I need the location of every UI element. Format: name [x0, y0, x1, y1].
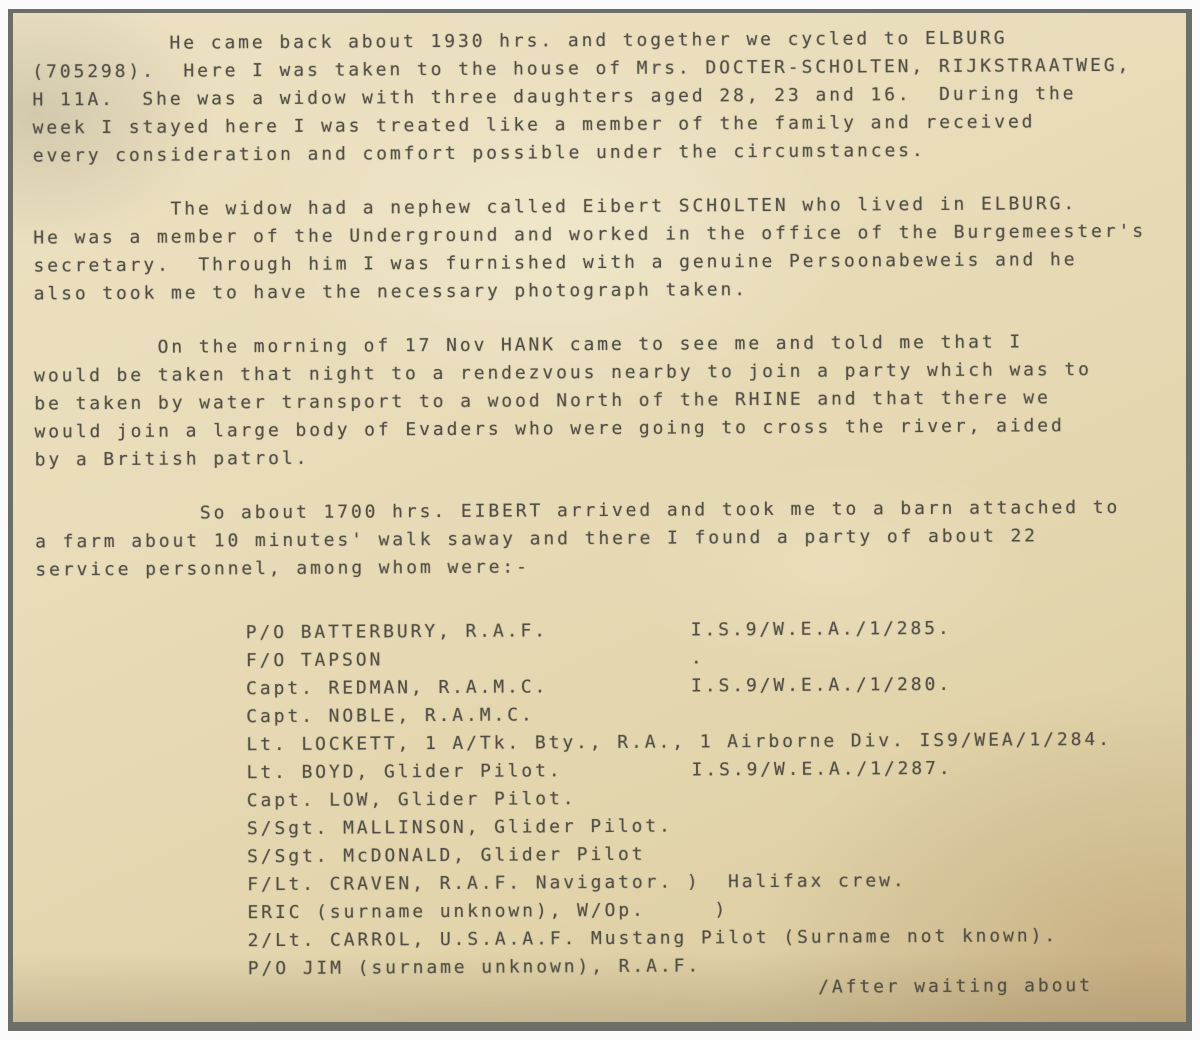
paragraph: So about 1700 hrs. EIBERT arrived and to… [35, 494, 1178, 585]
paragraph: He came back about 1930 hrs. and togethe… [32, 24, 1176, 171]
roster-name: S/Sgt. McDONALD, Glider Pilot [247, 840, 692, 871]
typed-text-block: He came back about 1930 hrs. and togethe… [32, 24, 1181, 1007]
paragraph: On the morning of 17 Nov HANK came to se… [34, 328, 1178, 475]
roster-ref: I.S.9/W.E.A./1/280. [691, 674, 952, 697]
paragraph: The widow had a nephew called Eibert SCH… [33, 190, 1177, 309]
roster-name: P/O JIM (surname unknown), R.A.F. [248, 952, 701, 983]
roster-name: F/Lt. CRAVEN, R.A.F. Navigator. ) [247, 868, 700, 899]
roster-ref: . [691, 647, 705, 668]
roster-ref: IS9/WEA/1/284. [919, 729, 1111, 751]
roster-row: Lt. LOCKETT, 1 A/Tk. Bty., R.A., 1 Airbo… [246, 726, 1179, 760]
roster-name: Capt. NOBLE, R.A.M.C. [246, 700, 691, 731]
roster-name: Lt. LOCKETT, 1 A/Tk. Bty., R.A., 1 Airbo… [246, 727, 919, 759]
personnel-roster: P/O BATTERBURY, R.A.F.I.S.9/W.E.A./1/285… [36, 614, 1181, 985]
roster-name: Capt. REDMAN, R.A.M.C. [246, 672, 691, 703]
roster-row: 2/Lt. CARROL, U.S.A.A.F. Mustang Pilot (… [248, 922, 1181, 956]
roster-ref: Halifax crew. [701, 870, 907, 892]
roster-ref: I.S.9/W.E.A./1/285. [691, 618, 952, 641]
scan-border: He came back about 1930 hrs. and togethe… [8, 9, 1192, 1031]
roster-name: Capt. LOW, Glider Pilot. [247, 784, 692, 815]
roster-name: Lt. BOYD, Glider Pilot. [246, 756, 691, 787]
roster-ref: I.S.9/W.E.A./1/287. [691, 758, 952, 781]
roster-name: 2/Lt. CARROL, U.S.A.A.F. Mustang Pilot (… [248, 922, 1059, 955]
roster-name: S/Sgt. MALLINSON, Glider Pilot. [247, 812, 692, 843]
roster-name: P/O BATTERBURY, R.A.F. [246, 616, 691, 647]
roster-name: F/O TAPSON [246, 644, 691, 675]
paragraphs: He came back about 1930 hrs. and togethe… [32, 24, 1178, 585]
document-page: He came back about 1930 hrs. and togethe… [13, 13, 1186, 1022]
roster-name: ERIC (surname unknown), W/Op. ) [247, 896, 728, 927]
